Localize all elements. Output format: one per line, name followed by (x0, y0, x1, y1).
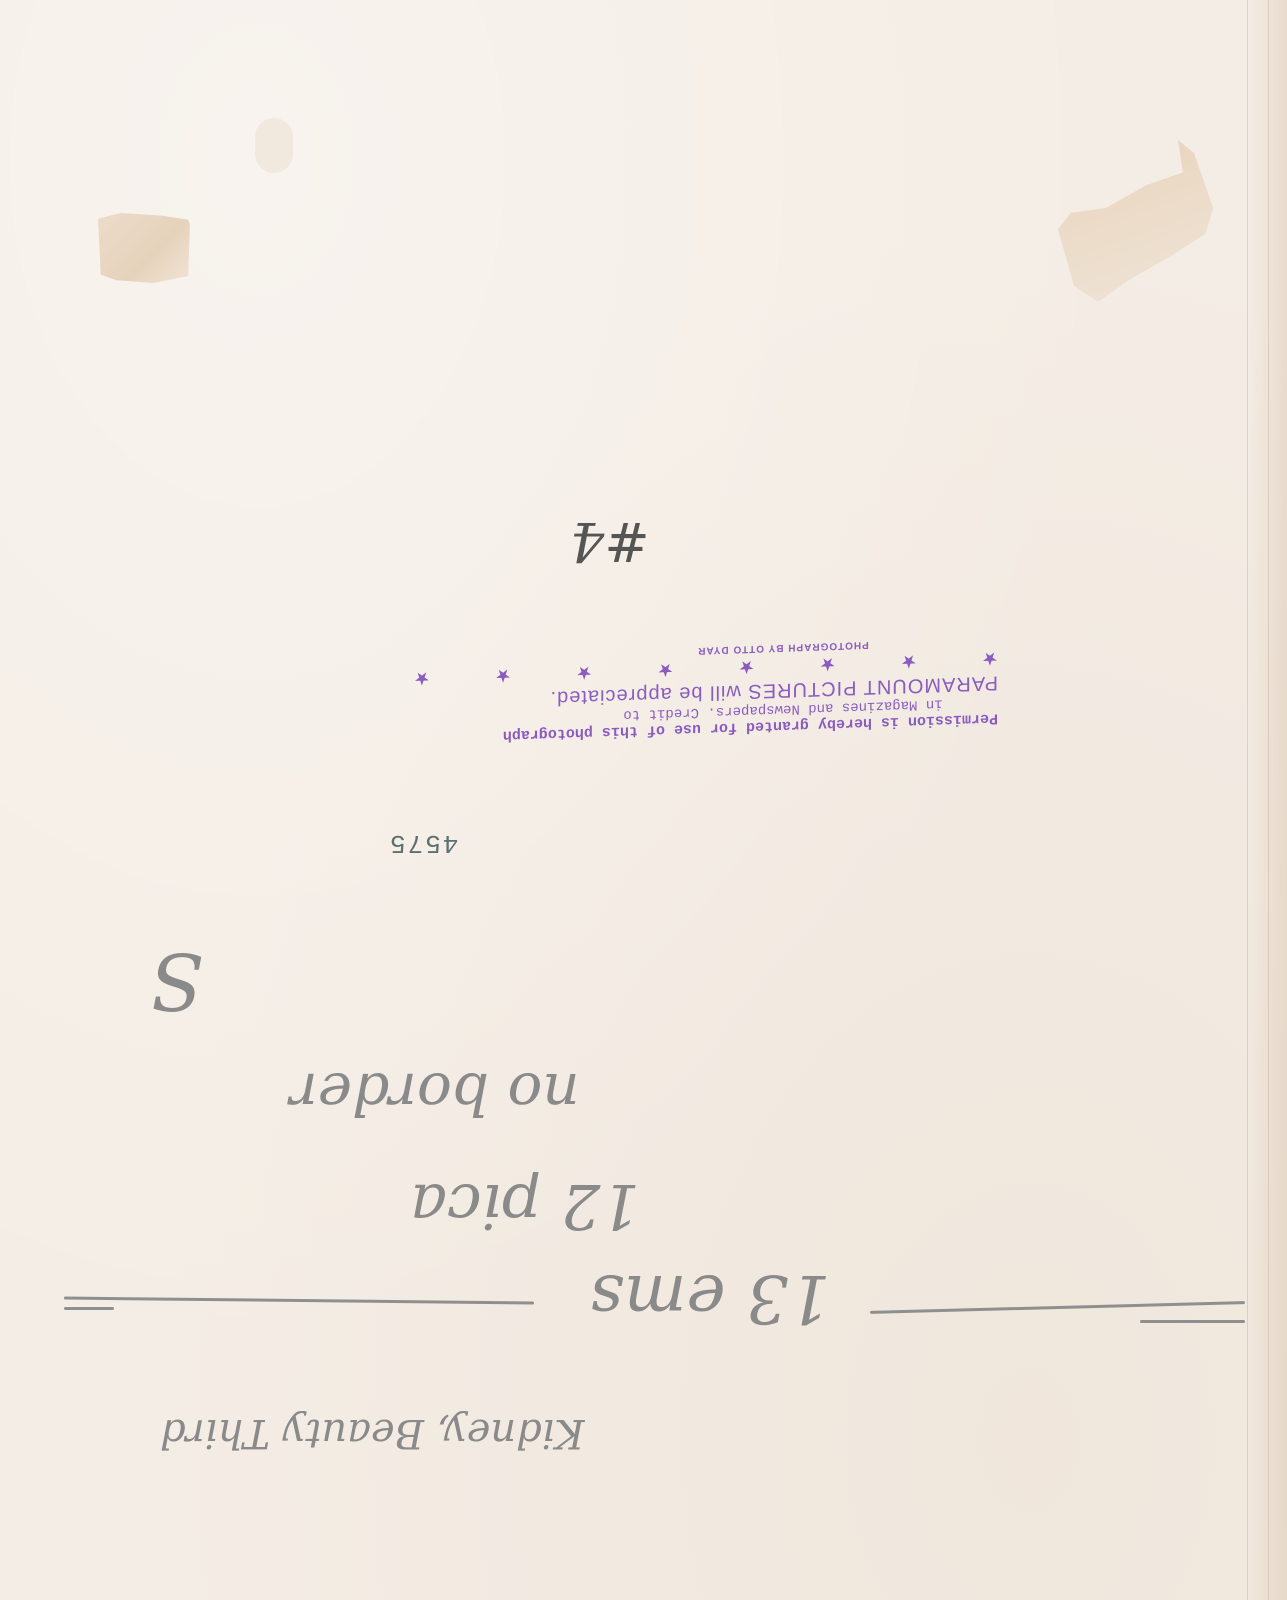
paper-crease-line (1247, 0, 1248, 1600)
handwritten-note-s: S (150, 935, 203, 1025)
tape-residue-right (1058, 140, 1218, 302)
handwritten-note-pica: 12 pica (410, 1170, 640, 1243)
paper-crease-line (1268, 0, 1269, 1600)
negative-number: 4575 (388, 828, 458, 858)
handwritten-note-ems: 13 ems (590, 1260, 830, 1337)
handwritten-hash-mark: #4 (570, 510, 650, 573)
tape-residue-left (98, 213, 190, 283)
paramount-credit-stamp: Permission is hereby granted for use of … (568, 552, 998, 747)
handwritten-caption-note: Kidney, Beauty Third (160, 1410, 584, 1456)
paper-right-edge-shading (1247, 0, 1287, 1600)
pencil-rule-left-short (64, 1307, 114, 1310)
tape-residue-faint (255, 118, 293, 173)
photo-back-sheet: #4 Permission is hereby granted for use … (0, 0, 1287, 1600)
pencil-rule-left (64, 1297, 534, 1305)
pencil-rule-right-short (1140, 1320, 1245, 1323)
handwritten-note-no-border: no border (290, 1060, 580, 1128)
pencil-rule-right (870, 1301, 1245, 1314)
